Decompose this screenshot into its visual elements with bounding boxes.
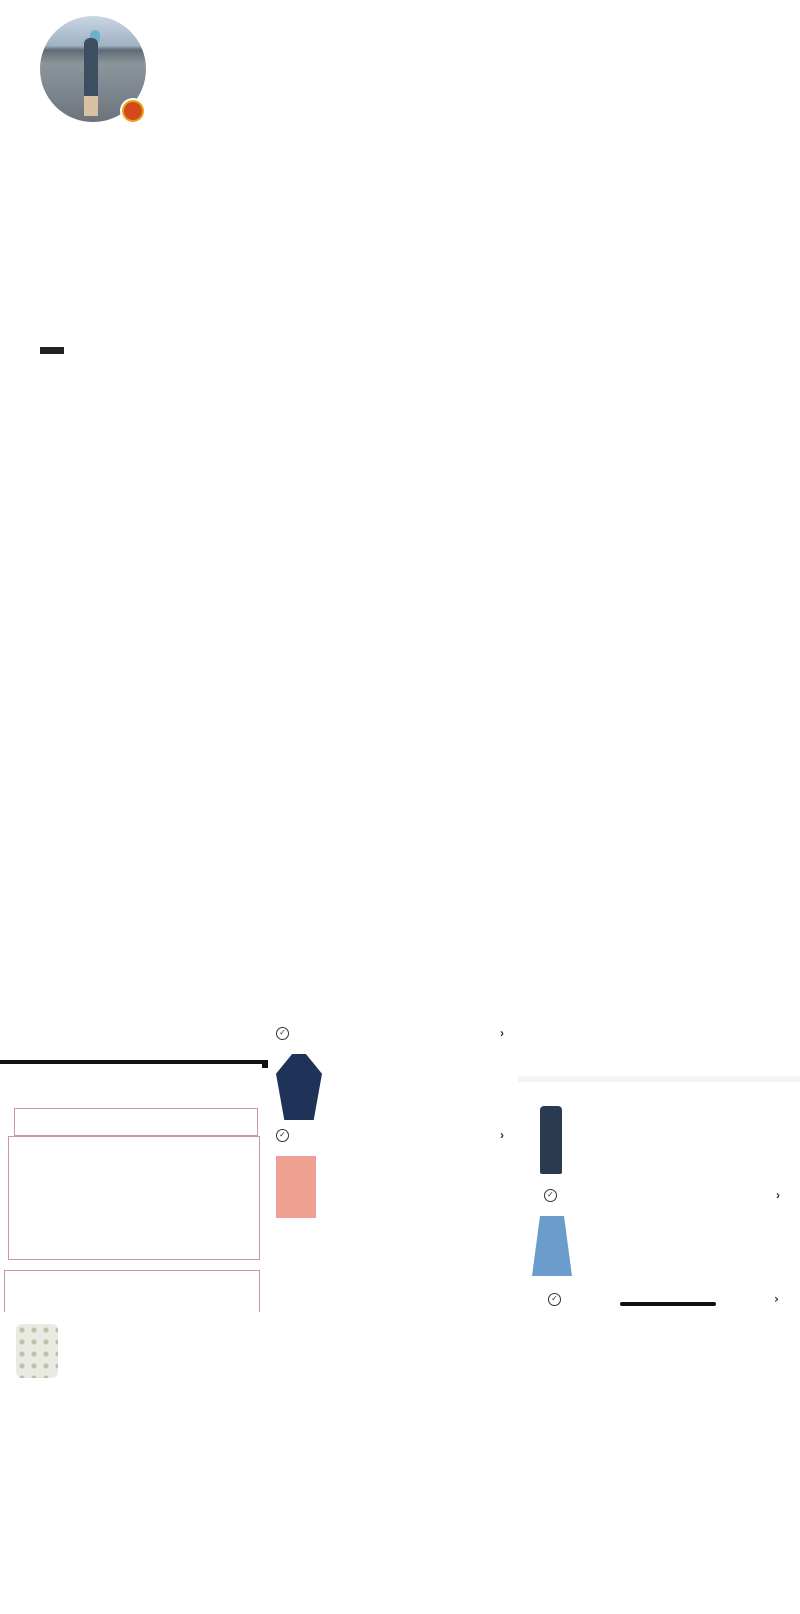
item-thumbnail [16,1324,58,1378]
avatar-container[interactable] [40,16,146,122]
order-item[interactable] [276,1156,340,1218]
chevron-right-icon[interactable]: › [500,1026,504,1040]
order-status: ✓ [276,1124,295,1146]
verified-badge-icon [120,98,146,124]
check-circle-icon: ✓ [276,1129,289,1142]
order-item[interactable] [16,1324,78,1378]
post-divider-dash [40,347,64,354]
item-thumbnail [276,1054,322,1120]
agreement-clause-main [8,1136,260,1260]
chevron-right-icon[interactable]: › [774,1292,786,1306]
item-thumbnail [540,1106,562,1174]
order-item[interactable] [532,1216,600,1276]
order-item[interactable] [276,1054,340,1120]
item-thumbnail [532,1216,572,1276]
chevron-right-icon[interactable]: › [776,1188,780,1202]
order-item[interactable] [540,1106,612,1174]
home-indicator [620,1302,716,1306]
order-card-middle[interactable]: ✓ › ✓ › [262,1012,518,1270]
item-thumbnail [276,1156,316,1218]
order-card-left[interactable] [0,1312,262,1572]
check-circle-icon: ✓ [544,1189,557,1202]
check-circle-icon: ✓ [276,1027,289,1040]
avatar-figure [84,38,98,98]
profile-header [40,16,760,150]
order-card-right[interactable]: ✓ › [518,1012,800,1282]
order-status: ✓ [276,1022,295,1044]
avatar-figure-legs [84,96,98,116]
check-circle-icon: ✓ [548,1293,561,1306]
agreement-clause [4,1270,260,1314]
order-status: ✓ [544,1184,563,1206]
chevron-right-icon[interactable]: › [500,1128,504,1142]
agreement-clause [14,1108,258,1136]
order-status: ✓ [548,1288,567,1310]
section-divider [518,1076,800,1082]
